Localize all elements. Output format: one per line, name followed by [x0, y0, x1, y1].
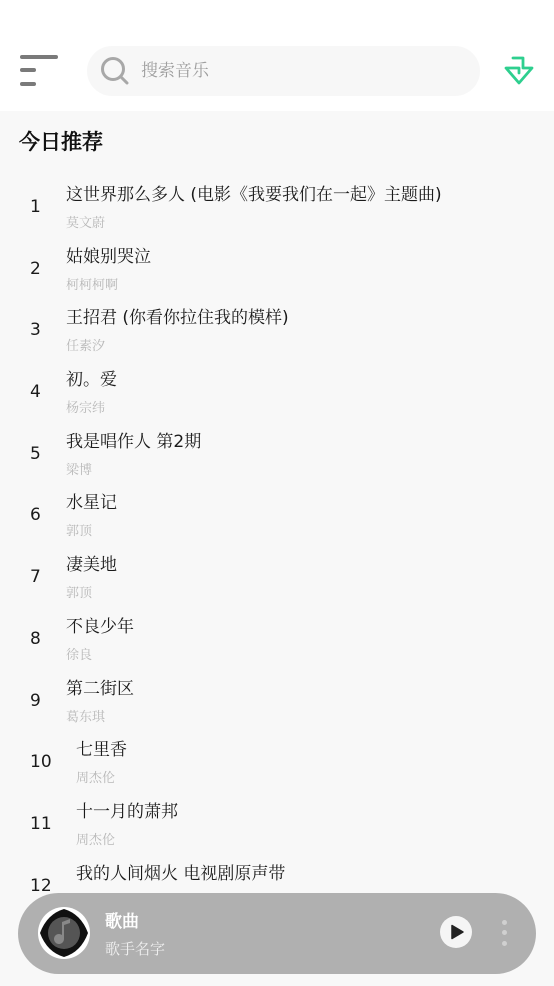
- song-index: 5: [30, 444, 41, 464]
- song-list: 1 这世界那么多人 (电影《我要我们在一起》主题曲) 莫文蔚 2 姑娘别哭泣 柯…: [0, 172, 554, 912]
- song-title: 姑娘别哭泣: [66, 242, 151, 267]
- song-artist: 徐良: [66, 644, 92, 663]
- song-title: 这世界那么多人 (电影《我要我们在一起》主题曲): [66, 180, 442, 205]
- menu-icon-line: [20, 82, 36, 86]
- song-index: 3: [30, 320, 41, 340]
- song-title: 王招君 (你看你拉住我的模样): [66, 303, 289, 328]
- mini-player[interactable]: 歌曲 歌手名字: [18, 893, 536, 974]
- play-icon: [440, 916, 472, 948]
- song-index: 8: [30, 629, 41, 649]
- menu-button[interactable]: [20, 55, 60, 87]
- song-row[interactable]: 9 第二街区 葛东琪: [0, 666, 554, 728]
- song-row[interactable]: 1 这世界那么多人 (电影《我要我们在一起》主题曲) 莫文蔚: [0, 172, 554, 234]
- menu-icon-line: [20, 68, 36, 72]
- song-artist: 周杰伦: [76, 829, 115, 848]
- song-row[interactable]: 4 初。爱 杨宗纬: [0, 357, 554, 419]
- more-options-button[interactable]: [498, 918, 510, 948]
- song-row[interactable]: 8 不良少年 徐良: [0, 604, 554, 666]
- song-row[interactable]: 6 水星记 郭顶: [0, 480, 554, 542]
- song-artist: 梁博: [66, 459, 92, 478]
- song-index: 2: [30, 259, 41, 279]
- song-artist: 郭顶: [66, 520, 92, 539]
- song-artist: 莫文蔚: [66, 212, 105, 231]
- search-placeholder: 搜索音乐: [141, 56, 209, 81]
- search-input[interactable]: 搜索音乐: [87, 46, 480, 96]
- song-row[interactable]: 2 姑娘别哭泣 柯柯柯啊: [0, 234, 554, 296]
- download-icon[interactable]: [502, 54, 536, 88]
- song-title: 初。爱: [66, 365, 117, 390]
- song-index: 12: [30, 876, 52, 896]
- song-artist: 杨宗纬: [66, 397, 105, 416]
- song-row[interactable]: 3 王招君 (你看你拉住我的模样) 任素汐: [0, 295, 554, 357]
- song-index: 6: [30, 505, 41, 525]
- song-artist: 柯柯柯啊: [66, 274, 118, 293]
- play-button[interactable]: [440, 916, 472, 948]
- song-row[interactable]: 5 我是唱作人 第2期 梁博: [0, 419, 554, 481]
- song-artist: 周杰伦: [76, 767, 115, 786]
- song-title: 我是唱作人 第2期: [66, 427, 201, 452]
- song-index: 10: [30, 752, 52, 772]
- song-row[interactable]: 10 七里香 周杰伦: [0, 727, 554, 789]
- song-title: 七里香: [76, 735, 127, 760]
- song-title: 我的人间烟火 电视剧原声带: [76, 859, 285, 884]
- more-dot-icon: [502, 920, 507, 925]
- song-index: 4: [30, 382, 41, 402]
- more-dot-icon: [502, 941, 507, 946]
- song-artist: 任素汐: [66, 335, 105, 354]
- song-index: 7: [30, 567, 41, 587]
- song-row[interactable]: 7 凄美地 郭顶: [0, 542, 554, 604]
- player-song-title: 歌曲: [105, 907, 139, 932]
- player-artist-name: 歌手名字: [105, 938, 165, 959]
- search-icon: [100, 56, 130, 86]
- menu-icon-line: [20, 55, 58, 59]
- song-title: 十一月的萧邦: [76, 797, 178, 822]
- song-index: 1: [30, 197, 41, 217]
- top-bar: 搜索音乐: [0, 0, 554, 111]
- more-dot-icon: [502, 930, 507, 935]
- song-row[interactable]: 11 十一月的萧邦 周杰伦: [0, 789, 554, 851]
- song-artist: 郭顶: [66, 582, 92, 601]
- song-artist: 葛东琪: [66, 706, 105, 725]
- song-title: 第二街区: [66, 674, 134, 699]
- album-disc-icon: [37, 906, 91, 960]
- song-title: 水星记: [66, 488, 117, 513]
- section-title: 今日推荐: [19, 126, 103, 156]
- song-title: 凄美地: [66, 550, 117, 575]
- song-title: 不良少年: [66, 612, 134, 637]
- song-index: 11: [30, 814, 52, 834]
- song-index: 9: [30, 691, 41, 711]
